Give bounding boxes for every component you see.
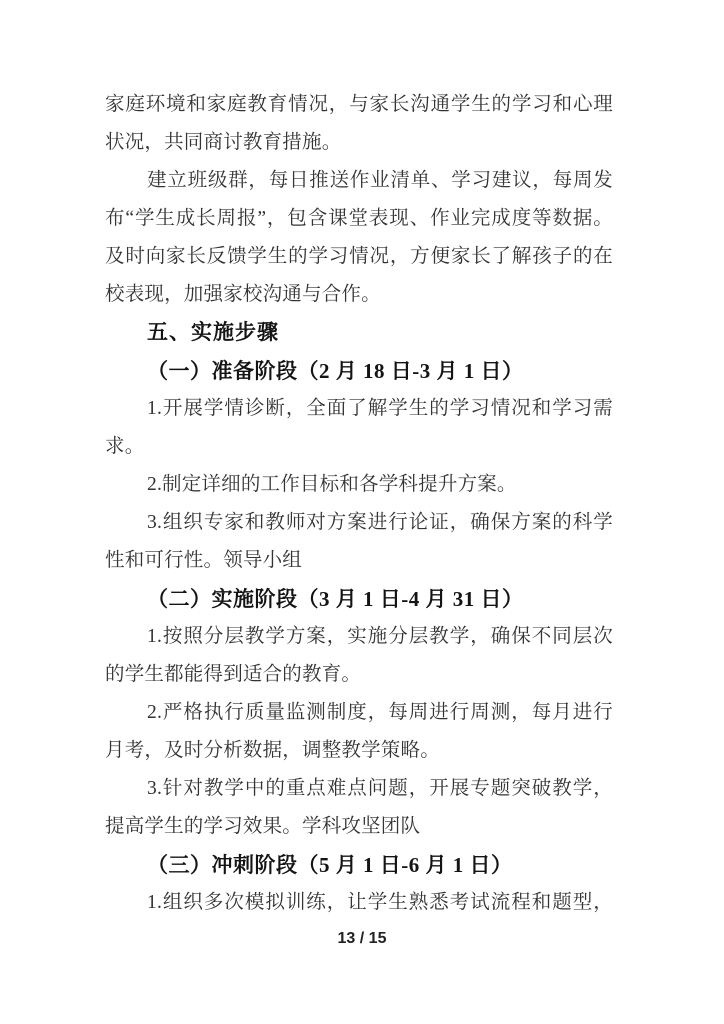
text-line: 求。 xyxy=(105,428,613,466)
page-number: 13 / 15 xyxy=(0,920,724,958)
text-line: 家庭环境和家庭教育情况，与家长沟通学生的学习和心理 xyxy=(105,86,613,124)
list-item: 1.开展学情诊断，全面了解学生的学习情况和学习需 xyxy=(105,390,613,428)
list-item: 2.制定详细的工作目标和各学科提升方案。 xyxy=(105,466,613,504)
text-line: 性和可行性。领导小组 xyxy=(105,542,613,580)
text-line: 及时向家长反馈学生的学习情况，方便家长了解孩子的在 xyxy=(105,238,613,276)
text-line: 提高学生的学习效果。学科攻坚团队 xyxy=(105,808,613,846)
text-line: 月考，及时分析数据，调整教学策略。 xyxy=(105,732,613,770)
list-item: 1.组织多次模拟训练，让学生熟悉考试流程和题型， xyxy=(105,884,613,922)
list-item: 1.按照分层教学方案，实施分层教学，确保不同层次 xyxy=(105,618,613,656)
document-page: 家庭环境和家庭教育情况，与家长沟通学生的学习和心理 状况，共同商讨教育措施。 建… xyxy=(0,0,724,1024)
text-line: 布“学生成长周报”，包含课堂表现、作业完成度等数据。 xyxy=(105,200,613,238)
list-item: 2.严格执行质量监测制度，每周进行周测，每月进行 xyxy=(105,694,613,732)
list-item: 3.组织专家和教师对方案进行论证，确保方案的科学 xyxy=(105,504,613,542)
section-heading-implementation-steps: 五、实施步骤 xyxy=(105,314,613,352)
stage-heading-implementation: （二）实施阶段（3 月 1 日-4 月 31 日） xyxy=(105,580,613,618)
stage-heading-preparation: （一）准备阶段（2 月 18 日-3 月 1 日） xyxy=(105,352,613,390)
text-line: 的学生都能得到适合的教育。 xyxy=(105,656,613,694)
text-line: 校表现，加强家校沟通与合作。 xyxy=(105,276,613,314)
document-body: 家庭环境和家庭教育情况，与家长沟通学生的学习和心理 状况，共同商讨教育措施。 建… xyxy=(105,86,613,922)
text-line: 建立班级群，每日推送作业清单、学习建议，每周发 xyxy=(105,162,613,200)
text-line: 状况，共同商讨教育措施。 xyxy=(105,124,613,162)
stage-heading-sprint: （三）冲刺阶段（5 月 1 日-6 月 1 日） xyxy=(105,846,613,884)
list-item: 3.针对教学中的重点难点问题，开展专题突破教学， xyxy=(105,770,613,808)
